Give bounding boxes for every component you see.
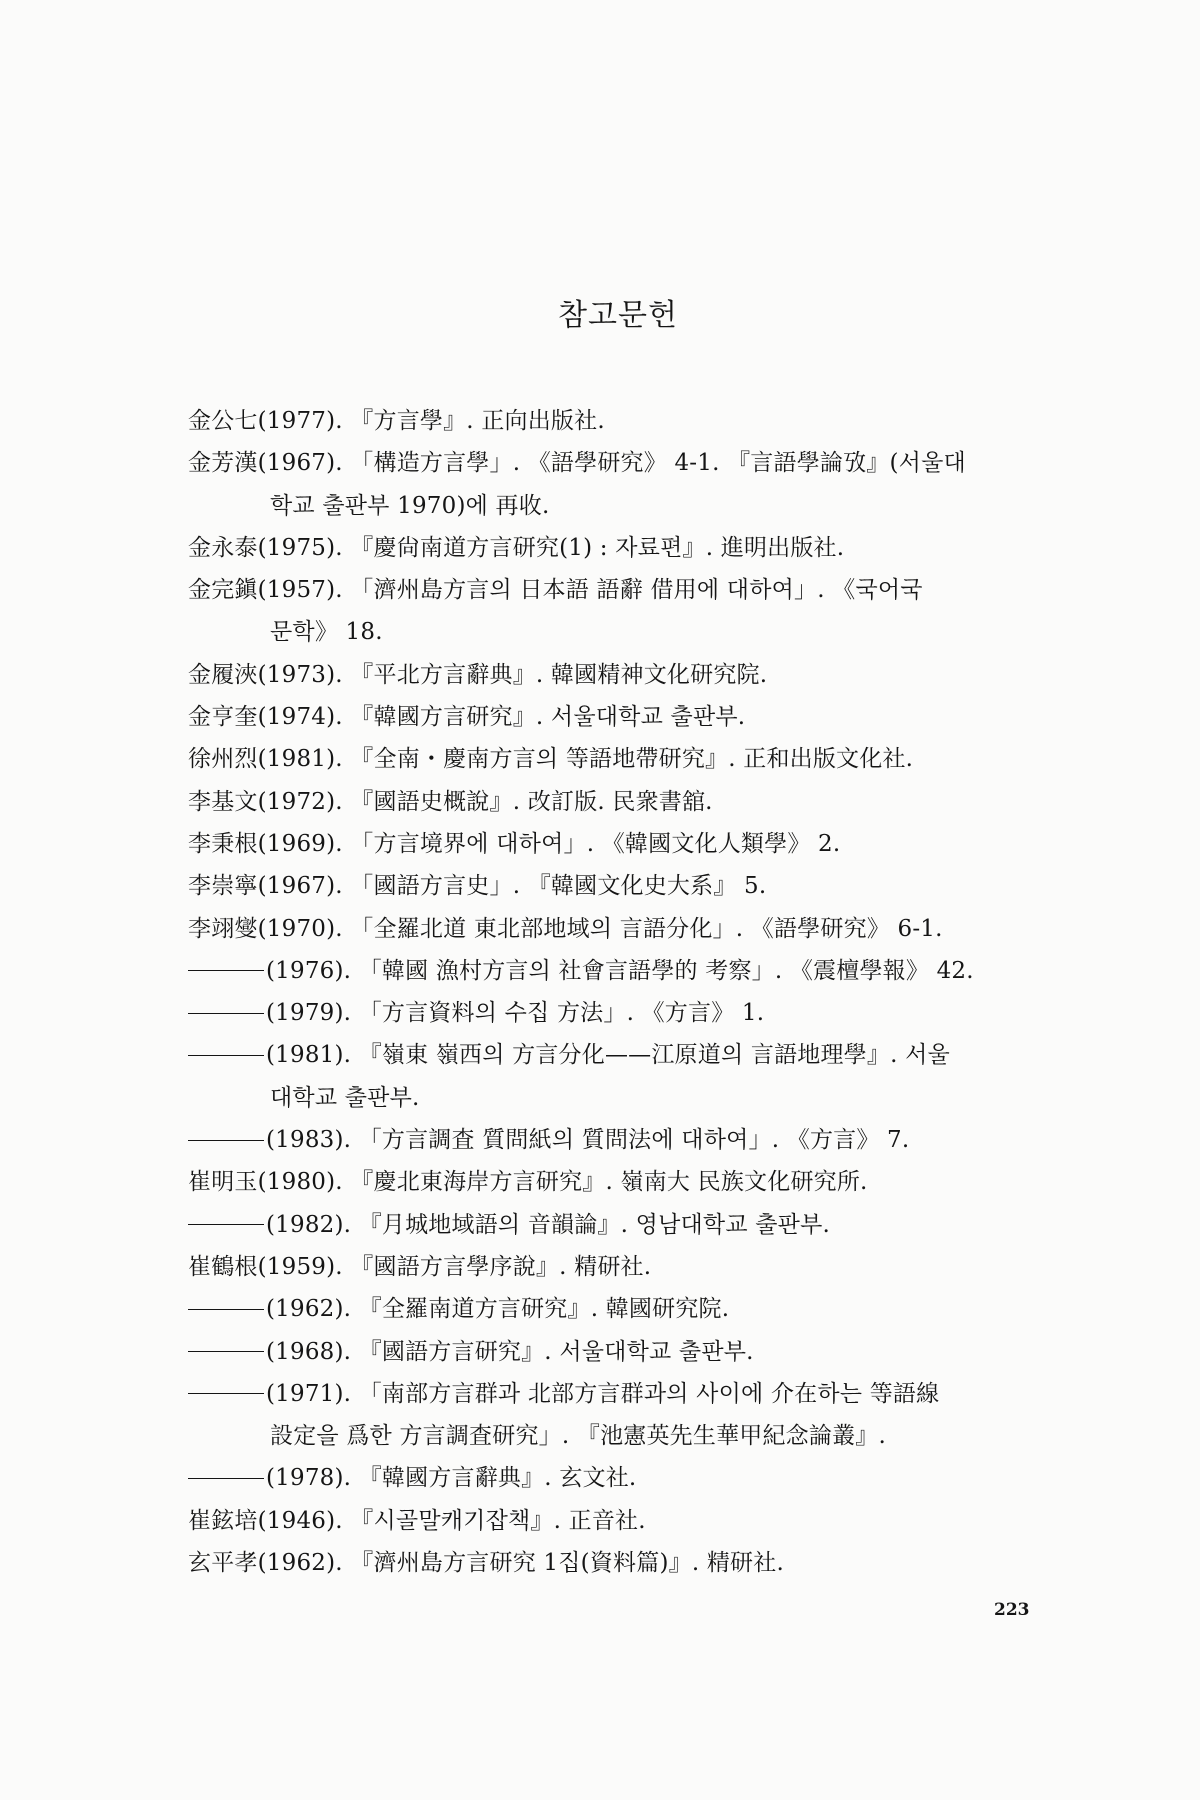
reference-line: 李基文(1972). 『國語史概說』. 改訂版. 民衆書舘. [188, 781, 1068, 823]
reference-continuation: 문학》 18. [188, 611, 1068, 653]
reference-line: 李崇寧(1967). 「國語方言史」. 『韓國文化史大系』 5. [188, 865, 1068, 907]
reference-author: 金永泰 [188, 535, 258, 561]
reference-text: (1970). 「全羅北道 東北部地域의 言語分化」. 《語學研究》 6-1. [258, 916, 943, 942]
reference-entry: (1982). 『月城地域語의 音韻論』. 영남대학교 출판부. [188, 1204, 1068, 1246]
ditto-dash [188, 1224, 264, 1225]
reference-author: 徐州烈 [188, 746, 258, 772]
reference-entry: 金永泰(1975). 『慶尙南道方言研究(1) : 자료편』. 進明出版社. [188, 527, 1068, 569]
reference-author: 崔鉉培 [188, 1508, 258, 1534]
ditto-dash [188, 1351, 264, 1352]
reference-entry: 金完鎭(1957). 「濟州島方言의 日本語 語辭 借用에 대하여」. 《국어국… [188, 569, 1068, 654]
reference-entry: 崔鶴根(1959). 『國語方言學序說』. 精研社. [188, 1246, 1068, 1288]
ditto-dash [188, 1478, 264, 1479]
reference-text: (1968). 『國語方言研究』. 서울대학교 출판부. [266, 1339, 754, 1365]
reference-author: 金公七 [188, 408, 258, 434]
reference-entry: 金履浹(1973). 『平北方言辭典』. 韓國精神文化研究院. [188, 654, 1068, 696]
reference-line: (1982). 『月城地域語의 音韻論』. 영남대학교 출판부. [188, 1204, 1068, 1246]
reference-author: 玄平孝 [188, 1550, 258, 1576]
reference-line: 金公七(1977). 『方言學』. 正向出版社. [188, 400, 1068, 442]
reference-text: (1972). 『國語史概說』. 改訂版. 民衆書舘. [258, 789, 713, 815]
reference-continuation: 학교 출판부 1970)에 再收. [188, 485, 1068, 527]
book-page: 참고문헌 金公七(1977). 『方言學』. 正向出版社. 金芳漢(1967).… [0, 0, 1200, 1800]
reference-line: (1976). 「韓國 漁村方言의 社會言語學的 考察」. 《震檀學報》 42. [188, 950, 1068, 992]
reference-text: (1967). 「構造方言學」. 《語學研究》 4-1. 『言語學論攷』(서울대 [258, 450, 966, 476]
reference-text: (1957). 「濟州島方言의 日本語 語辭 借用에 대하여」. 《국어국 [258, 577, 923, 603]
reference-entry: (1979). 「方言資料의 수집 方法」. 《方言》 1. [188, 992, 1068, 1034]
reference-text: (1971). 「南部方言群과 北部方言群과의 사이에 介在하는 等語線 [266, 1381, 939, 1407]
reference-text: (1967). 「國語方言史」. 『韓國文化史大系』 5. [258, 873, 767, 899]
reference-text: (1975). 『慶尙南道方言研究(1) : 자료편』. 進明出版社. [258, 535, 845, 561]
reference-text: (1946). 『시골말캐기잡책』. 正音社. [258, 1508, 646, 1534]
reference-text: (1980). 『慶北東海岸方言研究』. 嶺南大 民族文化研究所. [258, 1169, 868, 1195]
reference-line: (1968). 『國語方言研究』. 서울대학교 출판부. [188, 1331, 1068, 1373]
ditto-dash [188, 1309, 264, 1310]
reference-author: 金完鎭 [188, 577, 258, 603]
reference-line: 金完鎭(1957). 「濟州島方言의 日本語 語辭 借用에 대하여」. 《국어국 [188, 569, 1068, 611]
reference-text: (1959). 『國語方言學序說』. 精研社. [258, 1254, 652, 1280]
reference-author: 崔明玉 [188, 1169, 258, 1195]
reference-line: (1981). 『嶺東 嶺西의 方言分化——江原道의 言語地理學』. 서울 [188, 1034, 1068, 1076]
reference-text: (1982). 『月城地域語의 音韻論』. 영남대학교 출판부. [266, 1212, 830, 1238]
reference-text: (1962). 『全羅南道方言研究』. 韓國研究院. [266, 1296, 729, 1322]
reference-text: (1973). 『平北方言辭典』. 韓國精神文化研究院. [258, 662, 768, 688]
reference-text: (1969). 「方言境界에 대하여」. 《韓國文化人類學》 2. [258, 831, 841, 857]
page-title: 참고문헌 [0, 290, 1200, 334]
reference-line: 金芳漢(1967). 「構造方言學」. 《語學研究》 4-1. 『言語學論攷』(… [188, 442, 1068, 484]
reference-text: (1977). 『方言學』. 正向出版社. [258, 408, 605, 434]
ditto-dash [188, 1013, 264, 1014]
reference-text: (1962). 『濟州島方言研究 1집(資料篇)』. 精研社. [258, 1550, 784, 1576]
reference-entry: (1968). 『國語方言研究』. 서울대학교 출판부. [188, 1331, 1068, 1373]
reference-line: 徐州烈(1981). 『全南・慶南方言의 等語地帶研究』. 正和出版文化社. [188, 738, 1068, 780]
reference-entry: (1971). 「南部方言群과 北部方言群과의 사이에 介在하는 等語線 設定을… [188, 1373, 1068, 1458]
reference-text: (1983). 「方言調査 質問紙의 質問法에 대하여」. 《方言》 7. [266, 1127, 909, 1153]
reference-author: 金亨奎 [188, 704, 258, 730]
reference-text: (1981). 『嶺東 嶺西의 方言分化——江原道의 言語地理學』. 서울 [266, 1042, 950, 1068]
reference-author: 李基文 [188, 789, 258, 815]
reference-entry: 金芳漢(1967). 「構造方言學」. 《語學研究》 4-1. 『言語學論攷』(… [188, 442, 1068, 527]
reference-author: 崔鶴根 [188, 1254, 258, 1280]
reference-line: 金永泰(1975). 『慶尙南道方言研究(1) : 자료편』. 進明出版社. [188, 527, 1068, 569]
reference-line: (1983). 「方言調査 質問紙의 質問法에 대하여」. 《方言》 7. [188, 1119, 1068, 1161]
reference-entry: 崔鉉培(1946). 『시골말캐기잡책』. 正音社. [188, 1500, 1068, 1542]
reference-line: (1962). 『全羅南道方言研究』. 韓國研究院. [188, 1288, 1068, 1330]
ditto-dash [188, 970, 264, 971]
reference-author: 李崇寧 [188, 873, 258, 899]
reference-text: (1978). 『韓國方言辭典』. 玄文社. [266, 1465, 636, 1491]
ditto-dash [188, 1140, 264, 1141]
reference-entry: 金公七(1977). 『方言學』. 正向出版社. [188, 400, 1068, 442]
reference-author: 李秉根 [188, 831, 258, 857]
reference-entry: (1962). 『全羅南道方言研究』. 韓國研究院. [188, 1288, 1068, 1330]
reference-entry: 李崇寧(1967). 「國語方言史」. 『韓國文化史大系』 5. [188, 865, 1068, 907]
reference-list: 金公七(1977). 『方言學』. 正向出版社. 金芳漢(1967). 「構造方… [188, 400, 1068, 1584]
reference-text: (1974). 『韓國方言研究』. 서울대학교 출판부. [258, 704, 746, 730]
reference-line: 金履浹(1973). 『平北方言辭典』. 韓國精神文化研究院. [188, 654, 1068, 696]
reference-line: 崔鉉培(1946). 『시골말캐기잡책』. 正音社. [188, 1500, 1068, 1542]
reference-line: (1978). 『韓國方言辭典』. 玄文社. [188, 1457, 1068, 1499]
reference-entry: 玄平孝(1962). 『濟州島方言研究 1집(資料篇)』. 精研社. [188, 1542, 1068, 1584]
reference-continuation: 設定을 爲한 方言調査研究」. 『池憲英先生華甲紀念論叢』. [188, 1415, 1068, 1457]
reference-author: 金履浹 [188, 662, 258, 688]
reference-line: 李秉根(1969). 「方言境界에 대하여」. 《韓國文化人類學》 2. [188, 823, 1068, 865]
reference-text: (1981). 『全南・慶南方言의 等語地帶研究』. 正和出版文化社. [258, 746, 914, 772]
reference-entry: 李翊燮(1970). 「全羅北道 東北部地域의 言語分化」. 《語學研究》 6-… [188, 908, 1068, 950]
ditto-dash [188, 1055, 264, 1056]
reference-line: 金亨奎(1974). 『韓國方言研究』. 서울대학교 출판부. [188, 696, 1068, 738]
page-number: 223 [994, 1600, 1030, 1620]
reference-entry: (1976). 「韓國 漁村方言의 社會言語學的 考察」. 《震檀學報》 42. [188, 950, 1068, 992]
reference-line: (1979). 「方言資料의 수집 方法」. 《方言》 1. [188, 992, 1068, 1034]
reference-entry: 崔明玉(1980). 『慶北東海岸方言研究』. 嶺南大 民族文化研究所. [188, 1161, 1068, 1203]
reference-line: 玄平孝(1962). 『濟州島方言研究 1집(資料篇)』. 精研社. [188, 1542, 1068, 1584]
reference-entry: 徐州烈(1981). 『全南・慶南方言의 等語地帶研究』. 正和出版文化社. [188, 738, 1068, 780]
reference-line: 李翊燮(1970). 「全羅北道 東北部地域의 言語分化」. 《語學研究》 6-… [188, 908, 1068, 950]
reference-line: 崔明玉(1980). 『慶北東海岸方言研究』. 嶺南大 民族文化研究所. [188, 1161, 1068, 1203]
reference-text: (1979). 「方言資料의 수집 方法」. 《方言》 1. [266, 1000, 764, 1026]
reference-line: 崔鶴根(1959). 『國語方言學序說』. 精研社. [188, 1246, 1068, 1288]
reference-author: 金芳漢 [188, 450, 258, 476]
reference-entry: (1981). 『嶺東 嶺西의 方言分化——江原道의 言語地理學』. 서울 대학… [188, 1034, 1068, 1119]
reference-entry: (1983). 「方言調査 質問紙의 質問法에 대하여」. 《方言》 7. [188, 1119, 1068, 1161]
reference-entry: 金亨奎(1974). 『韓國方言研究』. 서울대학교 출판부. [188, 696, 1068, 738]
reference-text: (1976). 「韓國 漁村方言의 社會言語學的 考察」. 《震檀學報》 42. [266, 958, 974, 984]
reference-entry: 李基文(1972). 『國語史概說』. 改訂版. 民衆書舘. [188, 781, 1068, 823]
reference-continuation: 대학교 출판부. [188, 1077, 1068, 1119]
reference-line: (1971). 「南部方言群과 北部方言群과의 사이에 介在하는 等語線 [188, 1373, 1068, 1415]
reference-author: 李翊燮 [188, 916, 258, 942]
reference-entry: 李秉根(1969). 「方言境界에 대하여」. 《韓國文化人類學》 2. [188, 823, 1068, 865]
ditto-dash [188, 1393, 264, 1394]
reference-entry: (1978). 『韓國方言辭典』. 玄文社. [188, 1457, 1068, 1499]
